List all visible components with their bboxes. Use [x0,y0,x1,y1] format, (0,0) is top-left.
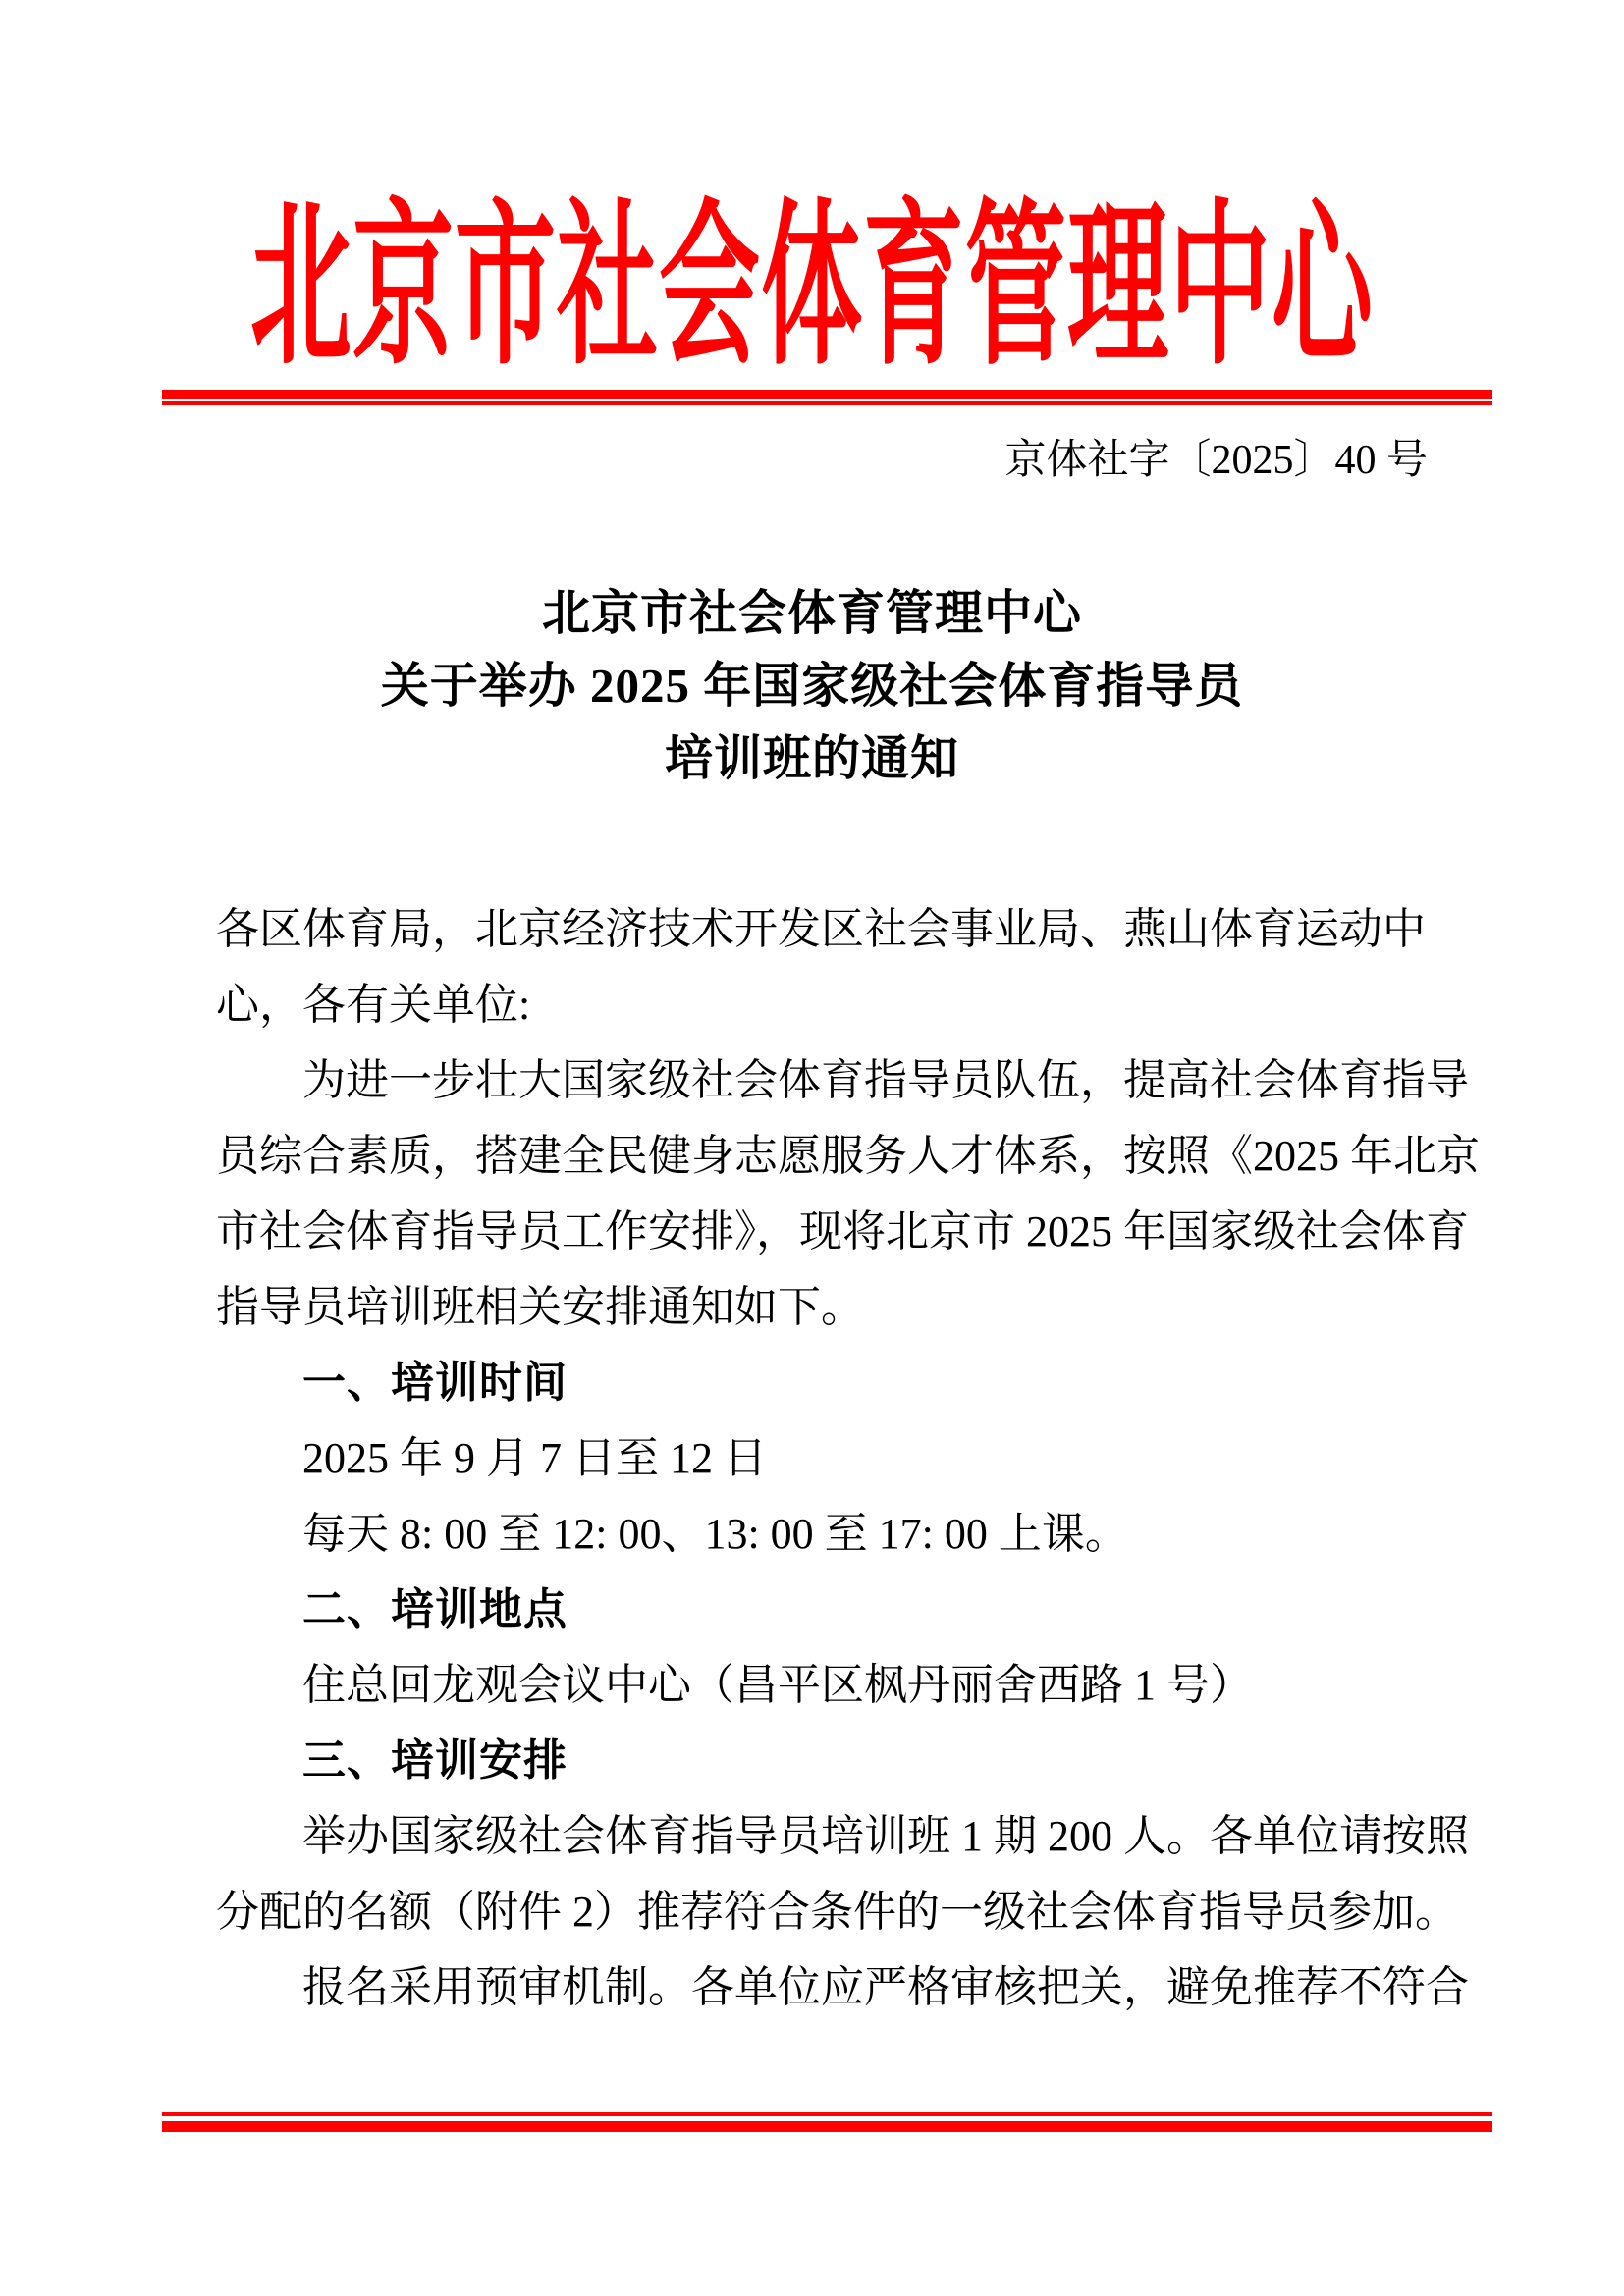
document-page: 北京市社会体育管理中心 京体社字〔2025〕40 号 北京市社会体育管理中心 关… [0,0,1624,2296]
training-date-line: 2025 年 9 月 7 日至 12 日 [216,1420,1434,1496]
paragraph-line: 分配的名额（附件 2）推荐符合条件的一级社会体育指导员参加。 [216,1874,1434,1949]
salutation-line: 心，各有关单位: [216,967,1434,1042]
section-heading-3: 三、培训安排 [216,1723,1434,1798]
document-title-line: 关于举办 2025 年国家级社会体育指导员 [0,650,1624,722]
document-body: 各区体育局，北京经济技术开发区社会事业局、燕山体育运动中 心，各有关单位: 为进… [216,891,1434,2025]
paragraph-line: 市社会体育指导员工作安排》，现将北京市 2025 年国家级社会体育 [216,1194,1434,1269]
paragraph-line: 员综合素质，搭建全民健身志愿服务人才体系，按照《2025 年北京 [216,1118,1434,1194]
top-rule-thin [162,401,1492,405]
document-title-line: 培训班的通知 [0,722,1624,795]
paragraph-line: 报名采用预审机制。各单位应严格审核把关，避免推荐不符合 [216,1949,1434,2025]
letterhead-org-name: 北京市社会体育管理中心 [250,201,1374,378]
paragraph-line: 指导员培训班相关安排通知如下。 [216,1269,1434,1345]
section-heading-1: 一、培训时间 [216,1345,1434,1420]
top-rule-thick [162,390,1492,399]
letterhead: 北京市社会体育管理中心 [0,277,1624,378]
paragraph-line: 举办国家级社会体育指导员培训班 1 期 200 人。各单位请按照 [216,1798,1434,1874]
document-number: 京体社字〔2025〕40 号 [1004,436,1428,485]
section-heading-2: 二、培训地点 [216,1572,1434,1647]
document-title: 北京市社会体育管理中心 关于举办 2025 年国家级社会体育指导员 培训班的通知 [0,577,1624,795]
paragraph-line: 为进一步壮大国家级社会体育指导员队伍，提高社会体育指导 [216,1042,1434,1118]
document-title-line: 北京市社会体育管理中心 [0,577,1624,650]
bottom-rule-thick [162,2121,1492,2132]
salutation-line: 各区体育局，北京经济技术开发区社会事业局、燕山体育运动中 [216,891,1434,967]
training-hours-line: 每天 8: 00 至 12: 00、13: 00 至 17: 00 上课。 [216,1496,1434,1572]
training-venue-line: 住总回龙观会议中心（昌平区枫丹丽舍西路 1 号） [216,1647,1434,1723]
bottom-rule-thin [162,2112,1492,2116]
